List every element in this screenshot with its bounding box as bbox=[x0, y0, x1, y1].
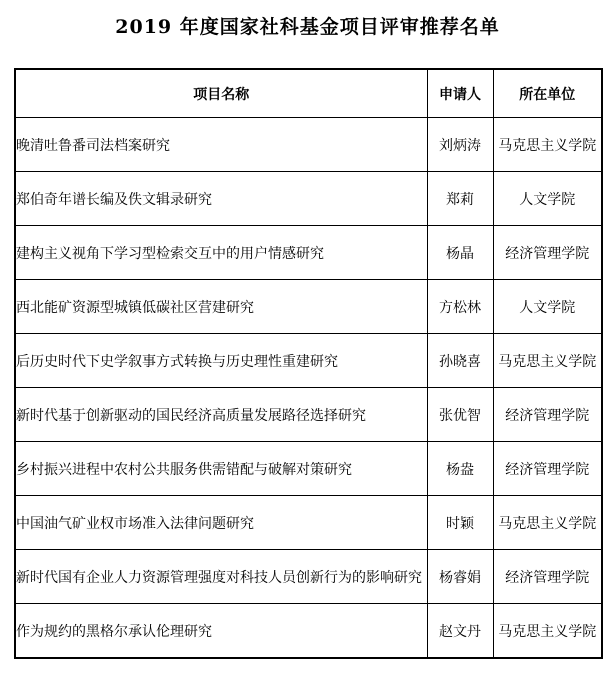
header-applicant: 申请人 bbox=[427, 69, 493, 118]
header-unit: 所在单位 bbox=[493, 69, 602, 118]
unit-cell: 经济管理学院 bbox=[493, 388, 602, 442]
applicant-cell: 杨盎 bbox=[427, 442, 493, 496]
unit-cell: 经济管理学院 bbox=[493, 550, 602, 604]
table-row: 作为规约的黑格尔承认伦理研究 赵文丹 马克思主义学院 bbox=[15, 604, 602, 659]
unit-cell: 经济管理学院 bbox=[493, 226, 602, 280]
project-name-cell: 建构主义视角下学习型检索交互中的用户情感研究 bbox=[15, 226, 427, 280]
unit-cell: 马克思主义学院 bbox=[493, 334, 602, 388]
unit-cell: 经济管理学院 bbox=[493, 442, 602, 496]
applicant-cell: 孙晓喜 bbox=[427, 334, 493, 388]
page-title: 2019 年度国家社科基金项目评审推荐名单 bbox=[0, 12, 615, 39]
table-row: 郑伯奇年谱长编及佚文辑录研究 郑莉 人文学院 bbox=[15, 172, 602, 226]
applicant-cell: 赵文丹 bbox=[427, 604, 493, 659]
applicant-cell: 杨睿娟 bbox=[427, 550, 493, 604]
applicant-cell: 郑莉 bbox=[427, 172, 493, 226]
table-row: 建构主义视角下学习型检索交互中的用户情感研究 杨晶 经济管理学院 bbox=[15, 226, 602, 280]
applicant-cell: 时颖 bbox=[427, 496, 493, 550]
table-header-row: 项目名称 申请人 所在单位 bbox=[15, 69, 602, 118]
unit-cell: 人文学院 bbox=[493, 172, 602, 226]
project-name-cell: 中国油气矿业权市场准入法律问题研究 bbox=[15, 496, 427, 550]
table-row: 西北能矿资源型城镇低碳社区营建研究 方松林 人文学院 bbox=[15, 280, 602, 334]
project-name-cell: 新时代基于创新驱动的国民经济高质量发展路径选择研究 bbox=[15, 388, 427, 442]
applicant-cell: 方松林 bbox=[427, 280, 493, 334]
unit-cell: 人文学院 bbox=[493, 280, 602, 334]
projects-table: 项目名称 申请人 所在单位 晚清吐鲁番司法档案研究 刘炳涛 马克思主义学院 郑伯… bbox=[14, 68, 603, 659]
unit-cell: 马克思主义学院 bbox=[493, 496, 602, 550]
table-row: 晚清吐鲁番司法档案研究 刘炳涛 马克思主义学院 bbox=[15, 118, 602, 172]
document-page: 2019 年度国家社科基金项目评审推荐名单 项目名称 申请人 所在单位 晚清吐鲁… bbox=[0, 0, 615, 674]
header-project-name: 项目名称 bbox=[15, 69, 427, 118]
project-name-cell: 后历史时代下史学叙事方式转换与历史理性重建研究 bbox=[15, 334, 427, 388]
applicant-cell: 杨晶 bbox=[427, 226, 493, 280]
project-name-cell: 作为规约的黑格尔承认伦理研究 bbox=[15, 604, 427, 659]
table-row: 中国油气矿业权市场准入法律问题研究 时颖 马克思主义学院 bbox=[15, 496, 602, 550]
applicant-cell: 刘炳涛 bbox=[427, 118, 493, 172]
unit-cell: 马克思主义学院 bbox=[493, 604, 602, 659]
table-row: 后历史时代下史学叙事方式转换与历史理性重建研究 孙晓喜 马克思主义学院 bbox=[15, 334, 602, 388]
table-row: 新时代基于创新驱动的国民经济高质量发展路径选择研究 张优智 经济管理学院 bbox=[15, 388, 602, 442]
project-name-cell: 乡村振兴进程中农村公共服务供需错配与破解对策研究 bbox=[15, 442, 427, 496]
table-row: 乡村振兴进程中农村公共服务供需错配与破解对策研究 杨盎 经济管理学院 bbox=[15, 442, 602, 496]
project-name-cell: 西北能矿资源型城镇低碳社区营建研究 bbox=[15, 280, 427, 334]
project-name-cell: 新时代国有企业人力资源管理强度对科技人员创新行为的影响研究 bbox=[15, 550, 427, 604]
applicant-cell: 张优智 bbox=[427, 388, 493, 442]
project-name-cell: 晚清吐鲁番司法档案研究 bbox=[15, 118, 427, 172]
table-row: 新时代国有企业人力资源管理强度对科技人员创新行为的影响研究 杨睿娟 经济管理学院 bbox=[15, 550, 602, 604]
unit-cell: 马克思主义学院 bbox=[493, 118, 602, 172]
project-name-cell: 郑伯奇年谱长编及佚文辑录研究 bbox=[15, 172, 427, 226]
